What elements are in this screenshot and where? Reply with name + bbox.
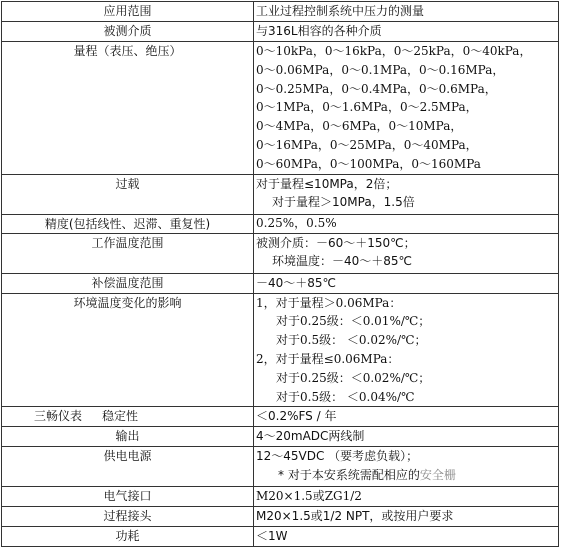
value-line: 0～4MPa，0～6MPa，0～10MPa， xyxy=(256,117,558,136)
row-value: M20×1.5或ZG1/2 xyxy=(254,487,559,507)
value-line: 对于0.25级：＜0.02%/℃； xyxy=(256,369,558,388)
value-line: 2，对于量程≤0.06MPa： xyxy=(256,350,558,369)
value-line: 对于量程≤10MPa，2倍； xyxy=(256,175,558,194)
value-line: ＜1W xyxy=(256,527,558,540)
value-line: 对于0.5级： ＜0.02%/℃； xyxy=(256,331,558,350)
value-line: * 对于本安系统需配相应的安全栅 xyxy=(256,466,558,485)
value-line: M20×1.5或ZG1/2 xyxy=(256,487,558,506)
row-value: 被测介质：－60～＋150℃； 环境温度：－40～＋85℃ xyxy=(254,233,559,273)
table-row-power-supply: 供电电源 12～45VDC （要考虑负载）； * 对于本安系统需配相应的安全栅 xyxy=(2,447,559,487)
safety-barrier-link[interactable]: 安全栅 xyxy=(420,468,456,482)
row-label: 供电电源 xyxy=(2,447,254,487)
value-line: 对于0.25级：＜0.01%/℃； xyxy=(256,312,558,331)
stability-label: 稳定性 xyxy=(102,407,138,425)
table-row-power-consumption: 功耗 ＜1W xyxy=(2,527,559,540)
row-label: 电气接口 xyxy=(2,487,254,507)
value-line: 1，对于量程＞0.06MPa： xyxy=(256,294,558,313)
value-line: 与316L相容的各种介质 xyxy=(256,22,558,41)
value-line: 工业过程控制系统中压力的测量 xyxy=(256,2,558,21)
value-line: 0～1MPa，0～1.6MPa，0～2.5MPa， xyxy=(256,98,558,117)
table-row-stability: 三畅仪表 稳定性 ＜0.2%FS / 年 xyxy=(2,407,559,427)
row-value: 1，对于量程＞0.06MPa： 对于0.25级：＜0.01%/℃； 对于0.5级… xyxy=(254,293,559,407)
value-line: 环境温度：－40～＋85℃ xyxy=(256,252,558,271)
row-label: 工作温度范围 xyxy=(2,233,254,273)
value-line: M20×1.5或1/2 NPT，或按用户要求 xyxy=(256,507,558,526)
row-label: 过载 xyxy=(2,174,254,214)
row-label: 补偿温度范围 xyxy=(2,273,254,293)
value-line: 0～0.06MPa，0～0.1MPa，0～0.16MPa， xyxy=(256,61,558,80)
value-line: 4～20mADC两线制 xyxy=(256,427,558,446)
row-value: 12～45VDC （要考虑负载）； * 对于本安系统需配相应的安全栅 xyxy=(254,447,559,487)
row-label: 三畅仪表 稳定性 xyxy=(2,407,254,427)
value-line: 对于量程＞10MPa，1.5倍 xyxy=(256,193,558,212)
note-text: * 对于本安系统需配相应的 xyxy=(278,468,420,482)
table-row-temp-effect: 环境温度变化的影响 1，对于量程＞0.06MPa： 对于0.25级：＜0.01%… xyxy=(2,293,559,407)
value-line: －40～＋85℃ xyxy=(256,274,558,293)
value-line: 对于0.5级： ＜0.04%/℃ xyxy=(256,388,558,407)
table-row-electrical-interface: 电气接口 M20×1.5或ZG1/2 xyxy=(2,487,559,507)
table-row-process-connection: 过程接头 M20×1.5或1/2 NPT，或按用户要求 xyxy=(2,507,559,527)
table-row-accuracy: 精度(包括线性、迟滞、重复性) 0.25%，0.5% xyxy=(2,214,559,233)
row-label: 输出 xyxy=(2,427,254,447)
table-row-application: 应用范围 工业过程控制系统中压力的测量 xyxy=(2,2,559,22)
value-line: 0～60MPa，0～100MPa，0～160MPa xyxy=(256,155,558,174)
row-value: 工业过程控制系统中压力的测量 xyxy=(254,2,559,22)
row-value: －40～＋85℃ xyxy=(254,273,559,293)
row-value: 0～10kPa，0～16kPa，0～25kPa，0～40kPa， 0～0.06M… xyxy=(254,42,559,175)
value-line: 被测介质：－60～＋150℃； xyxy=(256,234,558,253)
row-label: 量程（表压、绝压） xyxy=(2,42,254,175)
value-line: 0～16MPa，0～25MPa，0～40MPa， xyxy=(256,136,558,155)
table-row-operating-temp: 工作温度范围 被测介质：－60～＋150℃； 环境温度：－40～＋85℃ xyxy=(2,233,559,273)
table-row-overload: 过载 对于量程≤10MPa，2倍； 对于量程＞10MPa，1.5倍 xyxy=(2,174,559,214)
value-line: 0.25%，0.5% xyxy=(256,215,558,231)
table-row-range: 量程（表压、绝压） 0～10kPa，0～16kPa，0～25kPa，0～40kP… xyxy=(2,42,559,175)
row-value: 对于量程≤10MPa，2倍； 对于量程＞10MPa，1.5倍 xyxy=(254,174,559,214)
spec-table: 应用范围 工业过程控制系统中压力的测量 被测介质 与316L相容的各种介质 量程… xyxy=(1,1,559,540)
row-value: 与316L相容的各种介质 xyxy=(254,22,559,42)
row-label: 被测介质 xyxy=(2,22,254,42)
value-line: ＜0.2%FS / 年 xyxy=(256,407,558,426)
label-split: 三畅仪表 稳定性 xyxy=(2,407,253,425)
row-value: 0.25%，0.5% xyxy=(254,214,559,233)
value-line: 12～45VDC （要考虑负载）； xyxy=(256,447,558,466)
table-row-medium: 被测介质 与316L相容的各种介质 xyxy=(2,22,559,42)
value-line: 0～0.25MPa，0～0.4MPa，0～0.6MPa， xyxy=(256,80,558,99)
value-line: 0～10kPa，0～16kPa，0～25kPa，0～40kPa， xyxy=(256,42,558,61)
row-value: M20×1.5或1/2 NPT，或按用户要求 xyxy=(254,507,559,527)
row-label: 精度(包括线性、迟滞、重复性) xyxy=(2,214,254,233)
row-value: ＜1W xyxy=(254,527,559,540)
row-label: 过程接头 xyxy=(2,507,254,527)
row-value: 4～20mADC两线制 xyxy=(254,427,559,447)
row-value: ＜0.2%FS / 年 xyxy=(254,407,559,427)
brand-label: 三畅仪表 xyxy=(34,407,82,425)
table-row-compensated-temp: 补偿温度范围 －40～＋85℃ xyxy=(2,273,559,293)
row-label: 功耗 xyxy=(2,527,254,540)
table-row-output: 输出 4～20mADC两线制 xyxy=(2,427,559,447)
row-label: 环境温度变化的影响 xyxy=(2,293,254,407)
row-label: 应用范围 xyxy=(2,2,254,22)
